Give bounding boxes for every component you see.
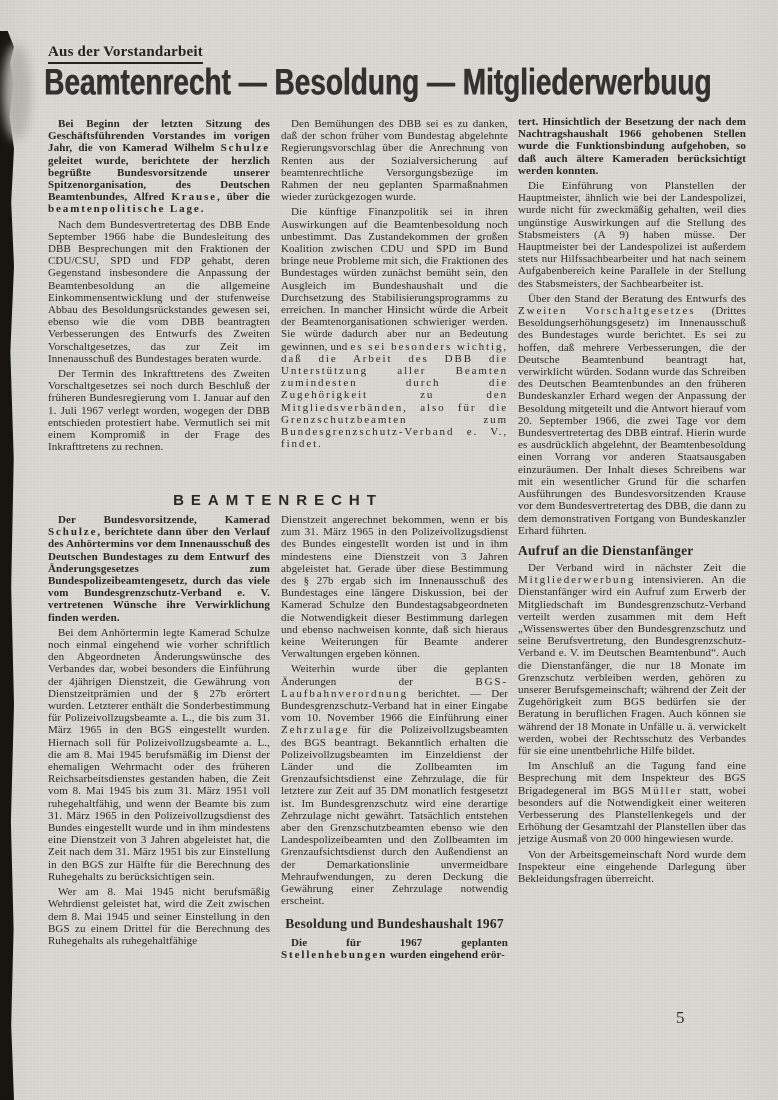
text-run: , über die [217,191,270,203]
column-1-upper: Bei Beginn der letzten Sitzung des Gesch… [48,118,270,456]
text-run: Der Bundesvorsitzende, Kamerad [58,514,270,526]
paragraph: Im Anschluß an die Tagung fand eine Besp… [518,760,746,845]
page-number: 5 [676,1008,685,1028]
text-run: Weiterhin wurde über die geplanten Änder… [281,663,508,687]
text-run: (Drittes Besoldungserhöhungsgesetz) im I… [518,305,746,537]
paragraph: Über den Stand der Beratung des Entwurfs… [518,293,746,537]
letterspaced-text: Schulze [221,142,270,154]
text-run: wurden eingehend erör- [387,949,505,961]
text-run: Bei dem Anhörtermin legte Kamerad Schulz… [48,627,270,883]
text-run: Besoldung und Bundeshaushalt 1967 [285,916,504,931]
section-subheading: Besoldung und Bundeshaushalt 1967 [281,915,508,932]
section-header-beamtenrecht: BEAMTENRECHT [48,492,508,509]
text-run: Der Termin des Inkrafttretens des Zweite… [48,368,270,453]
text-run: intensivieren. An die Dienstanfänger wir… [518,574,746,757]
section-kicker: Aus der Vorstandarbeit [48,44,203,64]
section-subheading: Aufruf an die Dienstanfänger [518,543,746,558]
text-run: tert. Hinsichtlich der Besetzung der nac… [518,116,746,177]
paragraph: Die Einführung von Planstellen der Haupt… [518,180,746,290]
letterspaced-text: Müller [641,785,682,797]
column-1-lower: Der Bundesvorsitzende, Kamerad Schulze, … [48,514,270,950]
letterspaced-text: es sei besonders wichtig, daß die Arbeit… [281,341,508,451]
paragraph: Der Bundesvorsitzende, Kamerad Schulze, … [48,514,270,624]
letterspaced-text: beamtenpolitische Lage [48,203,201,215]
paragraph: Die für 1967 geplanten Stellenhebungen w… [281,937,508,961]
paragraph: Die künftige Finanzpolitik sei in ihren … [281,206,508,450]
paragraph: Dienstzeit angerechnet bekommen, wenn er… [281,514,508,660]
column-2-upper: Den Bemühungen des DBB sei es zu danken,… [281,118,508,453]
text-run: Nach dem Bundesvertretertag des DBB Ende… [48,219,270,365]
text-run: . [201,203,204,215]
letterspaced-text: Stellenhebungen [281,949,387,961]
text-run: für die Polizeivollzugsbeamten des BGS b… [281,724,508,907]
paragraph: Wer am 8. Mai 1945 nicht berufsmäßig Weh… [48,886,270,947]
paragraph: Der Termin des Inkrafttretens des Zweite… [48,368,270,453]
text-run: Wer am 8. Mai 1945 nicht berufsmäßig Weh… [48,886,270,947]
letterspaced-text: Schulze [48,526,97,538]
column-3: tert. Hinsichtlich der Besetzung der nac… [518,116,746,888]
paragraph: Der Verband wird in nächster Zeit die Mi… [518,562,746,757]
letterspaced-text: Mitgliederwerbung [518,574,635,586]
text-run: , berichtete dann über den Verlauf des A… [48,526,270,623]
text-run: Die künftige Finanzpolitik sei in ihren … [281,206,508,352]
text-run: Dienstzeit angerechnet bekommen, wenn er… [281,514,508,660]
letterspaced-text: Zweiten Vorschaltgesetzes [518,305,695,317]
scanned-magazine-page: Aus der Vorstandarbeit Beamtenrecht — Be… [0,0,778,1100]
scan-gutter-shadow [0,31,14,1100]
letterspaced-text: Krause [171,191,217,203]
paragraph: Von der Arbeitsgemeinschaft Nord wurde d… [518,849,746,886]
text-run: Von der Arbeitsgemeinschaft Nord wurde d… [518,849,746,885]
paragraph: Bei Beginn der letzten Sitzung des Gesch… [48,118,270,216]
letterspaced-text: Zehrzulage [281,724,349,736]
text-run: Der Verband wird in nächster Zeit die [528,562,746,574]
column-2-lower: Dienstzeit angerechnet bekommen, wenn er… [281,514,508,964]
paragraph: Bei dem Anhörtermin legte Kamerad Schulz… [48,627,270,883]
text-run: Die für 1967 geplanten [291,937,508,949]
paragraph: Den Bemühungen des DBB sei es zu danken,… [281,118,508,203]
paragraph: Nach dem Bundesvertretertag des DBB Ende… [48,219,270,365]
scan-smudge [3,44,31,140]
text-run: Den Bemühungen des DBB sei es zu danken,… [281,118,508,203]
text-run: Aufruf an die Dienstanfänger [518,543,693,558]
paragraph: tert. Hinsichtlich der Besetzung der nac… [518,116,746,177]
text-run: Die Einführung von Planstellen der Haupt… [518,180,746,290]
paragraph: Weiterhin wurde über die geplanten Änder… [281,663,508,907]
text-run: Über den Stand der Beratung des Entwurfs… [528,293,746,305]
page-title: Beamtenrecht — Besoldung — Mitgliederwer… [44,62,711,104]
